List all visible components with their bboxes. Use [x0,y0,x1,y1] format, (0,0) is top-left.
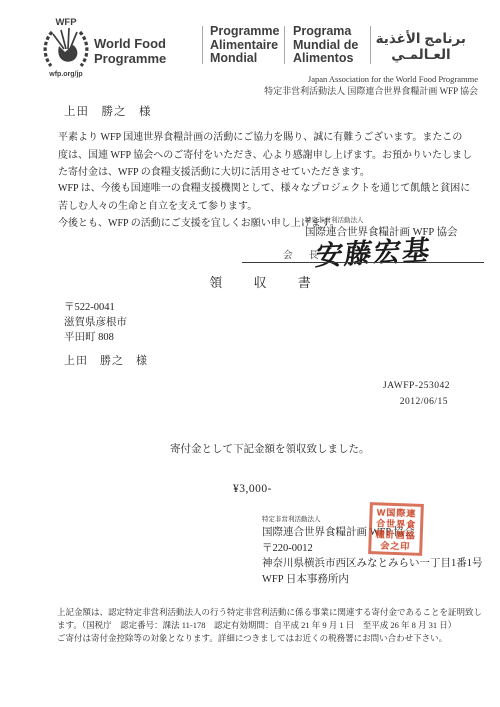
chairman-signature: 安藤宏基 [314,228,435,273]
seal-stamp-row: 会之印 [372,540,418,552]
wfp-logo-icon: WFP wfp.org/jp [36,15,96,79]
org-name-es-line: Mundial de [293,39,358,53]
wfp-logo-acronym: WFP [55,17,77,28]
seal-stamp-row: 糧計画協 [373,529,419,541]
addressee-name: 上田 勝之 様 [64,352,148,368]
letter-paragraph-line: 苦しむ人々の生命と自立を支えて参ります。 [58,198,470,216]
official-seal-stamp: W国際連 合世界食 糧計画協 会之印 [368,502,424,556]
org-name-en-line: Programme [94,52,166,67]
receipt-statement: 寄付金として下記金額を領収致しました。 [170,441,370,456]
issuer-address: 神奈川県横浜市西区みなとみらい一丁目1番1号 [262,556,483,572]
receipt-title: 領 収 書 [110,272,410,291]
seal-stamp-row: W国際連 [373,507,419,519]
receipt-date: 2012/06/15 [400,397,448,407]
tax-certification-note: 上記金額は、認定特定非営利活動法人の行う特定非営利活動に係る事業に関連する寄付金… [57,606,482,645]
issuer-office: WFP 日本事務所内 [262,572,483,588]
letter-paragraph-line: 平素より WFP 国連世界食糧計画の活動にご協力を賜り、誠に有難うございます。ま… [58,129,472,147]
org-name-fr-line: Programme [210,25,279,39]
org-name-french: Programme Alimentaire Mondial [210,25,279,66]
org-name-arabic: برنامج الأغذية العـالمـي [376,31,466,63]
signature-underline [242,262,484,263]
letter-paragraph-1: 平素より WFP 国連世界食糧計画の活動にご協力を賜り、誠に有難うございます。ま… [58,129,472,182]
letter-paragraph-line: た寄付金は、WFP の食糧支援活動に大切に活用させていただきます。 [58,164,472,182]
tax-note-line: ます。（国税庁 認定番号：課法 11-178 認定有効期間：自平成 21 年 9… [57,619,482,632]
seal-stamp-row: 合世界食 [373,518,419,530]
addressee-address-line2: 平田町 808 [64,329,114,344]
letter-paragraph-line: WFP は、今後も国連唯一の食糧支援機関として、様々なプロジェクトを通じて飢餓と… [58,180,470,198]
org-name-spanish: Programa Mundial de Alimentos [293,25,358,66]
org-name-ar-line: العـالمـي [376,47,466,63]
receipt-amount: ¥3,000- [233,483,272,495]
header-divider [202,26,203,64]
letter-paragraph-line: 度は、国連 WFP 協会へのご寄付をいただき、心より感謝申し上げます。お預かりい… [58,147,472,165]
receipt-document-page: WFP wfp.org/jp World Food Programme Prog… [0,0,500,707]
org-name-ar-line: برنامج الأغذية [376,31,466,47]
org-name-en-line: World Food [94,37,166,52]
signer-org-type: 特定非営利活動法人 [305,215,364,224]
header-divider [284,26,285,64]
org-name-english: World Food Programme [94,37,166,66]
association-name-english: Japan Association for the World Food Pro… [308,74,478,84]
tax-note-line: ご寄付は寄付金控除等の対象となります。詳細につきましてはお近くの税務署にお問い合… [57,632,482,645]
org-name-fr-line: Mondial [210,52,279,66]
wfp-url: wfp.org/jp [48,71,82,78]
org-name-es-line: Programa [293,25,358,39]
receipt-number: JAWFP-253042 [383,381,450,391]
org-name-es-line: Alimentos [293,52,358,66]
org-name-fr-line: Alimentaire [210,39,279,53]
tax-note-line: 上記金額は、認定特定非営利活動法人の行う特定非営利活動に係る事業に関連する寄付金… [57,606,482,619]
addressee-postal-code: 〒522-0041 [64,299,115,314]
letter-recipient: 上田 勝之 様 [64,103,152,119]
association-name-japanese: 特定非営利活動法人 国際連合世界食糧計画 WFP 協会 [264,84,478,97]
header-divider [370,26,371,64]
laurel-left [45,32,52,66]
laurel-right [80,32,87,66]
addressee-address-line1: 滋賀県彦根市 [64,314,127,329]
